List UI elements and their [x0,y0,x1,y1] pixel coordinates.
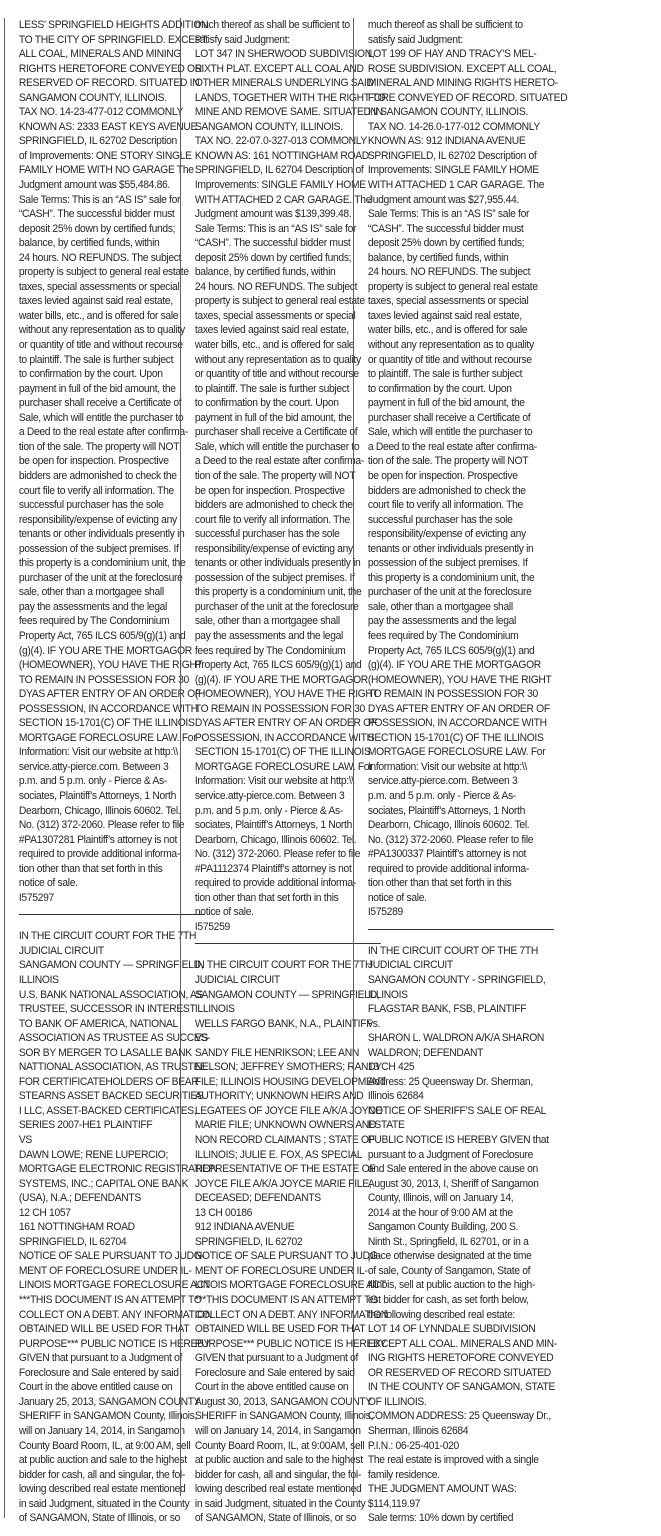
notice-text-line: tenants or other individuals presently i… [368,542,554,557]
notice-text-line: “CASH”. The successful bidder must [19,207,205,222]
notice-text-line: TAX NO. 14-23-477-012 COMMONLY [19,105,205,120]
notice-text-line: MORTGAGE ELECTRONIC REGISTRATION [19,1162,205,1177]
notice-text-line: balance, by certified funds, within [368,251,554,266]
notice-text-line: service.atty-pierce.com. Between 3 [19,760,205,775]
notice-us-bank-vs-lowe: IN THE CIRCUIT COURT FOR THE 7THJUDICIAL… [19,929,205,1525]
column-2: much thereof as shall be sufficient tosa… [180,18,381,1496]
notice-text-line: JUDICIAL CIRCUIT [19,944,205,959]
notice-text-line: Judgment amount was $27,955.44. [368,193,554,208]
notice-text-line: SHERIFF in SANGAMON County, Illinois, [19,1409,205,1424]
notice-text-line: tenants or other individuals presently i… [19,527,205,542]
notice-text-line: LINOIS MORTGAGE FORECLOSURE ACT [19,1278,205,1293]
notice-text-line: ING RIGHTS HERETOFORE CONVEYED [368,1351,554,1366]
notice-text-line: ILLINOIS [19,973,205,988]
notice-text-line: PURPOSE*** PUBLIC NOTICE IS HEREBY [19,1337,205,1352]
notice-text-line: taxes, special assessments or special [19,280,205,295]
notice-text-line: will on January 14, 2014, in Sangamon [19,1424,205,1439]
notice-text-line: in said Judgment, situated in the County [19,1497,205,1512]
notice-text-line: pay the assessments and the legal [368,614,554,629]
notice-text-line: a Deed to the real estate after confirma… [368,440,554,455]
notice-text-line: of SANGAMON, State of Illinois, or so [195,1511,381,1526]
notice-text-line: FLAGSTAR BANK, FSB, PLAINTIFF [368,1002,554,1017]
notice-text-line: 2014 at the hour of 9:00 AM at the [368,1206,554,1221]
notice-text-line: 161 NOTTINGHAM ROAD [19,1220,205,1235]
notice-text-line: #PA1307281 Plaintiff’s attorney is not [19,833,205,848]
notice-text-line: tion other than that set forth in this [368,876,554,891]
notice-text-line: to plaintiff. The sale is further subjec… [368,367,554,382]
notice-text-line: I575297 [19,891,205,906]
notice-text-line: IN THE CIRCUIT COURT OF THE 7TH [368,944,554,959]
notice-text-line: IN THE COUNTY OF SANGAMON, STATE [368,1380,554,1395]
notice-text-line: COMMON ADDRESS: 25 Queensway Dr., [368,1409,554,1424]
notice-text-line: the following described real estate: [368,1308,554,1323]
notice-text-line: RIGHTS HERETOFORE CONVEYED OR [19,62,205,77]
column-3: much thereof as shall be sufficient tosa… [353,18,554,1496]
notice-text-line: I LLC, ASSET-BACKED CERTIFICATES, [19,1104,205,1119]
notice-text-line: sale, other than a mortgagee shall [19,585,205,600]
notice-text-line: FOR CERTIFICATEHOLDERS OF BEAR [19,1075,205,1090]
notice-text-line: to confirmation by the court. Upon [368,382,554,397]
notice-text-line: Ninth St., Springfield, IL 62701, or in … [368,1235,554,1250]
notice-text-line: SANGAMON COUNTY - SPRINGFIELD, [368,973,554,988]
notice-text-line: bidders are admonished to check the [368,484,554,499]
notice-text-line: NATTIONAL ASSOCIATION, AS TRUSTEE [19,1060,205,1075]
notice-text-line: WITH ATTACHED 1 CAR GARAGE. The [368,178,554,193]
notice-flagstar-vs-waldron: IN THE CIRCUIT COURT OF THE 7THJUDICIAL … [368,944,554,1526]
notice-text-line: DYAS AFTER ENTRY OF AN ORDER OF [368,702,554,717]
notice-text-line: KNOWN AS: 2333 EAST KEYS AVENUE [19,120,205,135]
notice-text-line: The real estate is improved with a singl… [368,1453,554,1468]
notice-text-line: #PA1300337 Plaintiff’s attorney is not [368,847,554,862]
notice-text-line: at public auction and sale to the highes… [19,1453,205,1468]
notice-text-line: family residence. [368,1468,554,1483]
notice-text-line: of SANGAMON, State of Illinois, or so [19,1511,205,1526]
notice-text-line: RESERVED OF RECORD. SITUATED IN [19,76,205,91]
notice-text-line: 24 hours. NO REFUNDS. The subject [19,251,205,266]
notice-text-line: ILLINOIS [368,988,554,1003]
notice-text-line: TRUSTEE, SUCCESSOR IN INTEREST [19,1002,205,1017]
notice-text-line: KNOWN AS: 912 INDIANA AVENUE [368,134,554,149]
notice-text-line: tion other than that set forth in this [19,862,205,877]
notice-text-line: LESS' SPRINGFIELD HEIGHTS ADDITION [19,18,205,33]
notice-text-line: VS [19,1133,205,1148]
notice-text-line: Improvements: SINGLE FAMILY HOME [368,163,554,178]
notice-text-line: responsibility/expense of evicting any [19,513,205,528]
notice-text-line: “CASH”. The successful bidder must [368,222,554,237]
notice-text-line: successful purchaser has the sole [368,513,554,528]
notice-text-line: TO BANK OF AMERICA, NATIONAL [19,1017,205,1032]
notice-text-line: responsibility/expense of evicting any [368,527,554,542]
notice-text-line: NOTICE OF SHERIFF’S SALE OF REAL [368,1104,554,1119]
notice-text-line: satisfy said Judgment: [368,33,554,48]
notice-text-line: SOR BY MERGER TO LASALLE BANK [19,1046,205,1061]
notice-text-line: or quantity of title and without recours… [19,338,205,353]
notice-text-line: ***THIS DOCUMENT IS AN ATTEMPT TO [19,1293,205,1308]
notice-text-line: OBTAINED WILL BE USED FOR THAT [19,1322,205,1337]
notice-text-line: PUBLIC NOTICE IS HEREBY GIVEN that [368,1133,554,1148]
notice-text-line: DAWN LOWE; RENE LUPERCIO; [19,1148,205,1163]
notice-text-line: Sale Terms: This is an “AS IS” sale for [368,207,554,222]
notice-text-line: P.I.N.: 06-25-401-020 [368,1439,554,1454]
notice-text-line: County, Illinois, will on January 14, [368,1191,554,1206]
notice-text-line: POSSESSION, IN ACCORDANCE WITH [368,716,554,731]
notice-text-line: SPRINGFIELD, IL 62702 Description of [368,149,554,164]
notice-text-line: notice of sale. [368,891,554,906]
notice-text-line: pursuant to a Judgment of Foreclosure [368,1148,554,1163]
notice-text-line: Court in the above entitled cause on [19,1380,205,1395]
notice-text-line: Address: 25 Queensway Dr. Sherman, [368,1075,554,1090]
notice-text-line: County Board Room, IL, at 9:00 AM, sell [19,1439,205,1454]
notice-text-line: ASSOCIATION AS TRUSTEE AS SUCCES- [19,1031,205,1046]
notice-text-line: sale, other than a mortgagee shall [368,600,554,615]
notice-text-line: ALL COAL, MINERALS AND MINING [19,47,205,62]
column-1: LESS' SPRINGFIELD HEIGHTS ADDITIONTO THE… [4,18,205,1518]
notice-text-line: and Sale entered in the above cause on [368,1162,554,1177]
notice-text-line: LOT 199 OF HAY AND TRACY’S MEL- [368,47,554,62]
notice-text-line: service.atty-pierce.com. Between 3 [368,774,554,789]
notice-text-line: TAX NO. 14-26.0-177-012 COMMONLY [368,120,554,135]
notice-text-line: deposit 25% down by certified funds; [368,236,554,251]
notice-text-line: vs. [368,1017,554,1032]
notice-text-line: Dearborn, Chicago, Illinois 60602. Tel. [19,804,205,819]
notice-text-line: Property Act, 765 ILCS 605/9(g)(1) and [19,629,205,644]
notice-text-line: SANGAMON COUNTY — SPRINGFIELD, [19,958,205,973]
notice-text-line: bidder for cash, all and singular, the f… [19,1468,205,1483]
notice-text-line: a Deed to the real estate after confirma… [19,425,205,440]
notice-text-line: in said Judgment, situated in the County [195,1497,381,1512]
notice-text-line: POSSESSION, IN ACCORDANCE WITH [19,702,205,717]
notice-text-line: much thereof as shall be sufficient to [368,18,554,33]
notice-text-line: TO REMAIN IN POSSESSION FOR 30 [368,687,554,702]
notice-text-line: payment in full of the bid amount, the [368,396,554,411]
notice-text-line: No. (312) 372-2060. Please refer to file [368,833,554,848]
notice-text-line: THE JUDGMENT AMOUNT WAS: [368,1482,554,1497]
notice-text-line: OF ILLINOIS. [368,1395,554,1410]
notice-text-line: WALDRON; DEFENDANT [368,1046,554,1061]
notice-text-line: property is subject to general real esta… [368,280,554,295]
notice-text-line: JUDICIAL CIRCUIT [368,958,554,973]
notice-text-line: required to provide additional informa- [368,862,554,877]
notice-text-line: IN SANGAMON COUNTY, ILLINOIS. [368,105,554,120]
notice-text-line: to plaintiff. The sale is further subjec… [19,353,205,368]
notice-text-line: EXCEPT ALL COAL. MINERALS AND MIN- [368,1337,554,1352]
notice-text-line: court file to verify all information. Th… [368,498,554,513]
notice-text-line: (HOMEOWNER), YOU HAVE THE RIGHT [19,658,205,673]
notice-text-line: FORE CONVEYED OF RECORD. SITUATED [368,91,554,106]
notice-text-line: taxes levied against said real estate, [368,309,554,324]
notice-text-line: FAMILY HOME WITH NO GARAGE The [19,163,205,178]
notice-text-line: MINERAL AND MINING RIGHTS HERETO- [368,76,554,91]
notice-text-line: MORTGAGE FORECLOSURE LAW. For [368,745,554,760]
notice-text-line: MORTGAGE FORECLOSURE LAW. For [19,731,205,746]
notice-text-line: of Improvements: ONE STORY SINGLE [19,149,205,164]
notice-text-line: purchaser shall receive a Certificate of [368,411,554,426]
notice-text-line: SECTION 15-1701(C) OF THE ILLINOIS [19,716,205,731]
notice-text-line: fees required by The Condominium [19,614,205,629]
notice-text-line: property is subject to general real esta… [19,265,205,280]
notice-text-line: SPRINGFIELD, IL 62702 Description [19,134,205,149]
notice-text-line: SHARON L. WALDRON A/K/A SHARON [368,1031,554,1046]
notice-text-line: TO REMAIN IN POSSESSION FOR 30 [19,673,205,688]
legal-notices-page: LESS' SPRINGFIELD HEIGHTS ADDITIONTO THE… [0,0,661,1536]
notice-text-line: court file to verify all information. Th… [19,484,205,499]
notice-text-line: deposit 25% down by certified funds; [19,222,205,237]
notice-text-line: to confirmation by the court. Upon [19,367,205,382]
notice-text-line: without any representation as to quality [19,323,205,338]
notice-text-line: STEARNS ASSET BACKED SECURITIES [19,1089,205,1104]
notice-text-line: Foreclosure and Sale entered by said [19,1366,205,1381]
notice-text-line: COLLECT ON A DEBT. ANY INFORMATION [19,1308,205,1323]
notice-text-line: sociates, Plaintiff’s Attorneys, 1 North [19,789,205,804]
notice-foreclosure-pa1307281: LESS' SPRINGFIELD HEIGHTS ADDITIONTO THE… [19,18,205,905]
notice-text-line: Judgment amount was $55,484.86. [19,178,205,193]
notice-divider [368,929,554,930]
notice-text-line: water bills, etc., and is offered for sa… [368,323,554,338]
notice-text-line: Sale, which will entitle the purchaser t… [19,411,205,426]
notice-text-line: Information: Visit our website at http:\… [368,760,554,775]
notice-text-line: (g)(4). IF YOU ARE THE MORTGAGOR [368,658,554,673]
notice-text-line: (g)(4). IF YOU ARE THE MORTGAGOR [19,644,205,659]
notice-text-line: $114,119.97 [368,1497,554,1512]
notice-text-line: water bills, etc., and is offered for sa… [19,309,205,324]
notice-text-line: Illinois, sell at public auction to the … [368,1278,554,1293]
notice-text-line: taxes levied against said real estate, [19,294,205,309]
notice-text-line: notice of sale. [19,876,205,891]
notice-text-line: OR RESERVED OF RECORD SITUATED [368,1366,554,1381]
notice-text-line: TO THE CITY OF SPRINGFIELD. EXCEPT [19,33,205,48]
notice-text-line: p.m. and 5 p.m. only - Pierce & As- [368,789,554,804]
notice-text-line: possession of the subject premises. If [368,556,554,571]
notice-text-line: of sale, County of Sangamon, State of [368,1264,554,1279]
notice-text-line: SERIES 2007-HE1 PLAINTIFF [19,1118,205,1133]
notice-text-line: (HOMEOWNER), YOU HAVE THE RIGHT [368,673,554,688]
notice-text-line: bidders are admonished to check the [19,469,205,484]
notice-text-line: this property is a condominium unit, the [368,571,554,586]
notice-text-line: purchaser of the unit at the foreclosure [19,571,205,586]
notice-text-line: successful purchaser has the sole [19,498,205,513]
notice-text-line: required to provide additional informa- [19,847,205,862]
notice-text-line: Illinois 62684 [368,1089,554,1104]
notice-text-line: place otherwise designated at the time [368,1249,554,1264]
notice-text-line: August 30, 2013, I, Sheriff of Sangamon [368,1177,554,1192]
notice-text-line: est bidder for cash, as set forth below, [368,1293,554,1308]
notice-text-line: purchaser shall receive a Certificate of [19,396,205,411]
notice-text-line: p.m. and 5 p.m. only - Pierce & As- [19,774,205,789]
notice-text-line: ROSE SUBDIVISION. EXCEPT ALL COAL, [368,62,554,77]
notice-text-line: tion of the sale. The property will NOT [19,440,205,455]
notice-text-line: be open for inspection. Prospective [19,454,205,469]
notice-text-line: 24 hours. NO REFUNDS. The subject [368,265,554,280]
notice-text-line: DYAS AFTER ENTRY OF AN ORDER OF [19,687,205,702]
notice-text-line: No. (312) 372-2060. Please refer to file [19,818,205,833]
notice-foreclosure-pa1300337: much thereof as shall be sufficient tosa… [368,18,554,920]
notice-text-line: possession of the subject premises. If [19,542,205,557]
notice-text-line: or quantity of title and without recours… [368,353,554,368]
notice-text-line: Information: Visit our website at http:\… [19,745,205,760]
notice-text-line: tion of the sale. The property will NOT [368,454,554,469]
notice-text-line: without any representation as to quality [368,338,554,353]
notice-text-line: MENT OF FORECLOSURE UNDER IL- [19,1264,205,1279]
notice-text-line: payment in full of the bid amount, the [19,382,205,397]
notice-text-line: sociates, Plaintiff’s Attorneys, 1 North [368,804,554,819]
notice-text-line: 13 CH 425 [368,1060,554,1075]
notice-divider [19,914,205,915]
notice-text-line: SANGAMON COUNTY, ILLINOIS. [19,91,205,106]
notice-text-line: pay the assessments and the legal [19,600,205,615]
notice-text-line: lowing described real estate mentioned [19,1482,205,1497]
notice-text-line: SECTION 15-1701(C) OF THE ILLINOIS [368,731,554,746]
notice-text-line: SYSTEMS, INC.; CAPITAL ONE BANK [19,1177,205,1192]
notice-text-line: IN THE CIRCUIT COURT FOR THE 7TH [19,929,205,944]
notice-text-line: Sherman, Illinois 62684 [368,1424,554,1439]
notice-text-line: Sangamon County Building, 200 S. [368,1220,554,1235]
notice-text-line: Sale, which will entitle the purchaser t… [368,425,554,440]
notice-text-line: fees required by The Condominium [368,629,554,644]
notice-text-line: Sale terms: 10% down by certified [368,1511,554,1526]
notice-text-line: ESTATE [368,1118,554,1133]
notice-text-line: balance, by certified funds, within [19,236,205,251]
notice-text-line: GIVEN that pursuant to a Judgment of [19,1351,205,1366]
notice-text-line: LOT 14 OF LYNNDALE SUBDIVISION [368,1322,554,1337]
notice-text-line: Property Act, 765 ILCS 605/9(g)(1) and [368,644,554,659]
notice-text-line: Dearborn, Chicago, Illinois 60602. Tel. [368,818,554,833]
notice-text-line: be open for inspection. Prospective [368,469,554,484]
notice-text-line: (USA), N.A.; DEFENDANTS [19,1191,205,1206]
notice-text-line: 12 CH 1057 [19,1206,205,1221]
notice-text-line: this property is a condominium unit, the [19,556,205,571]
notice-text-line: U.S. BANK NATIONAL ASSOCIATION, AS [19,988,205,1003]
notice-text-line: Sale Terms: This is an “AS IS” sale for [19,193,205,208]
notice-text-line: January 25, 2013, SANGAMON COUNTY [19,1395,205,1410]
notice-text-line: NOTICE OF SALE PURSUANT TO JUDG- [19,1249,205,1264]
notice-text-line: purchaser of the unit at the foreclosure [368,585,554,600]
notice-text-line: I575289 [368,905,554,920]
notice-text-line: SPRINGFIELD, IL 62704 [19,1235,205,1250]
notice-text-line: taxes, special assessments or special [368,294,554,309]
